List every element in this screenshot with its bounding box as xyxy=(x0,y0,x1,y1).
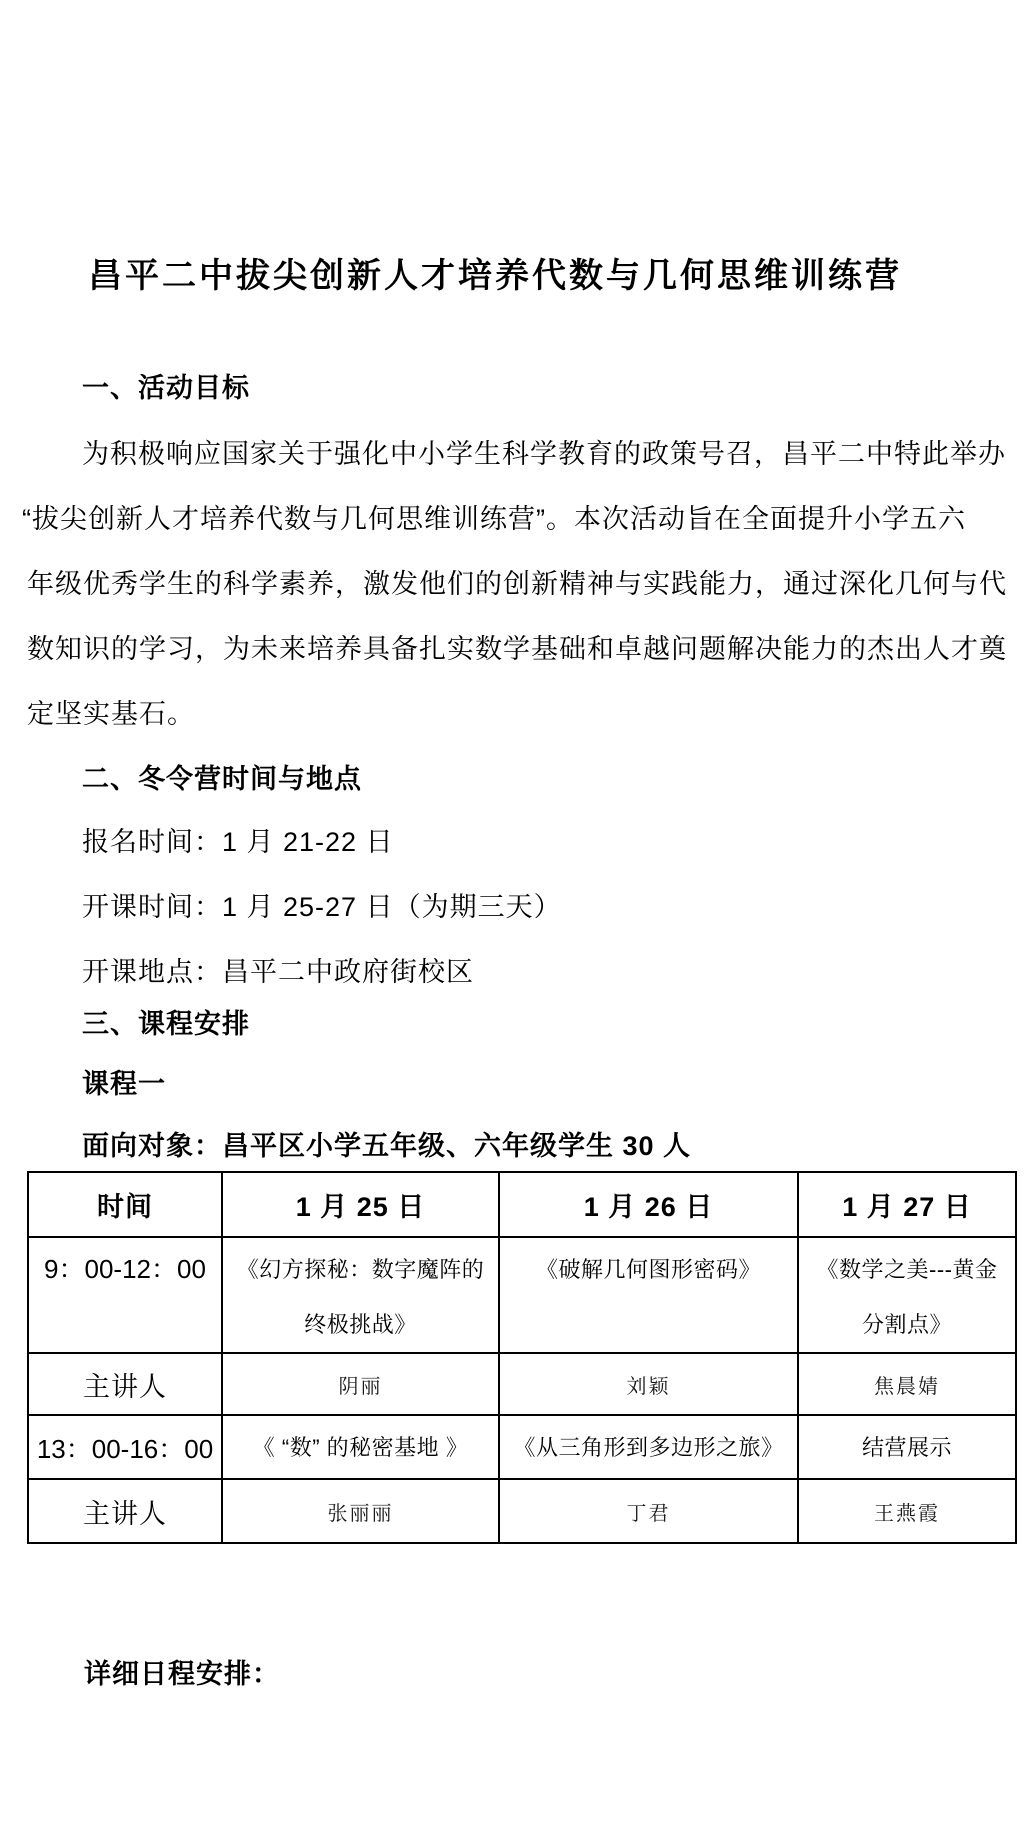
info-line-class-location: 开课地点：昌平二中政府街校区 xyxy=(82,950,474,989)
document-page: 昌平二中拔尖创新人才培养代数与几何思维训练营 一、活动目标 为积极响应国家关于强… xyxy=(0,0,1030,1832)
speaker-name-jan26-morning: 刘颖 xyxy=(499,1353,798,1415)
section-heading-course-schedule: 三、课程安排 xyxy=(82,1002,250,1041)
document-title: 昌平二中拔尖创新人才培养代数与几何思维训练营 xyxy=(0,248,990,297)
course-cell-jan26-morning: 《破解几何图形密码》 xyxy=(499,1237,798,1353)
speaker-name-jan25-afternoon: 张丽丽 xyxy=(222,1479,499,1543)
speaker-row-label: 主讲人 xyxy=(28,1479,222,1543)
course-schedule-table: 时间 1 月 25 日 1 月 26 日 1 月 27 日 9：00-12：00… xyxy=(27,1171,1017,1544)
course-cell-jan27-afternoon: 结营展示 xyxy=(798,1415,1016,1479)
col-header-jan26: 1 月 26 日 xyxy=(499,1172,798,1237)
course-cell-jan25-morning: 《幻方探秘：数字魔阵的 终极挑战》 xyxy=(222,1237,499,1353)
col-header-time: 时间 xyxy=(28,1172,222,1237)
course-cell-jan27-morning: 《数学之美---黄金 分割点》 xyxy=(798,1237,1016,1353)
course-one-label: 课程一 xyxy=(82,1062,166,1101)
course-cell-jan26-afternoon: 《从三角形到多边形之旅》 xyxy=(499,1415,798,1479)
time-slot-afternoon: 13：00-16：00 xyxy=(28,1415,222,1479)
speaker-name-jan27-afternoon: 王燕霞 xyxy=(798,1479,1016,1543)
table-row-morning: 9：00-12：00 《幻方探秘：数字魔阵的 终极挑战》 《破解几何图形密码》 … xyxy=(28,1237,1016,1353)
time-slot-morning: 9：00-12：00 xyxy=(28,1237,222,1353)
paragraph-line: 数知识的学习，为未来培养具备扎实数学基础和卓越问题解决能力的杰出人才奠 xyxy=(27,627,1007,666)
audience-line: 面向对象：昌平区小学五年级、六年级学生 30 人 xyxy=(82,1124,691,1163)
paragraph-line: “拔尖创新人才培养代数与几何思维训练营”。本次活动旨在全面提升小学五六 xyxy=(22,497,966,536)
speaker-name-jan25-morning: 阴丽 xyxy=(222,1353,499,1415)
table-header-row: 时间 1 月 25 日 1 月 26 日 1 月 27 日 xyxy=(28,1172,1016,1237)
course-cell-jan25-afternoon: 《 “数” 的秘密基地 》 xyxy=(222,1415,499,1479)
col-header-jan25: 1 月 25 日 xyxy=(222,1172,499,1237)
table-row-speaker-afternoon: 主讲人 张丽丽 丁君 王燕霞 xyxy=(28,1479,1016,1543)
speaker-name-jan26-afternoon: 丁君 xyxy=(499,1479,798,1543)
table-row-afternoon: 13：00-16：00 《 “数” 的秘密基地 》 《从三角形到多边形之旅》 结… xyxy=(28,1415,1016,1479)
paragraph-line: 定坚实基石。 xyxy=(27,692,195,731)
info-line-registration-time: 报名时间：1 月 21-22 日 xyxy=(82,820,394,859)
paragraph-line: 年级优秀学生的科学素养，激发他们的创新精神与实践能力，通过深化几何与代 xyxy=(27,562,1007,601)
speaker-row-label: 主讲人 xyxy=(28,1353,222,1415)
section-heading-camp-time-location: 二、冬令营时间与地点 xyxy=(82,757,362,796)
speaker-name-jan27-morning: 焦晨婧 xyxy=(798,1353,1016,1415)
paragraph-line: 为积极响应国家关于强化中小学生科学教育的政策号召，昌平二中特此举办 xyxy=(82,432,1006,471)
table-row-speaker-morning: 主讲人 阴丽 刘颖 焦晨婧 xyxy=(28,1353,1016,1415)
detailed-schedule-heading: 详细日程安排： xyxy=(84,1652,280,1691)
col-header-jan27: 1 月 27 日 xyxy=(798,1172,1016,1237)
section-heading-activity-goals: 一、活动目标 xyxy=(82,366,250,405)
info-line-class-time: 开课时间：1 月 25-27 日（为期三天） xyxy=(82,885,562,924)
